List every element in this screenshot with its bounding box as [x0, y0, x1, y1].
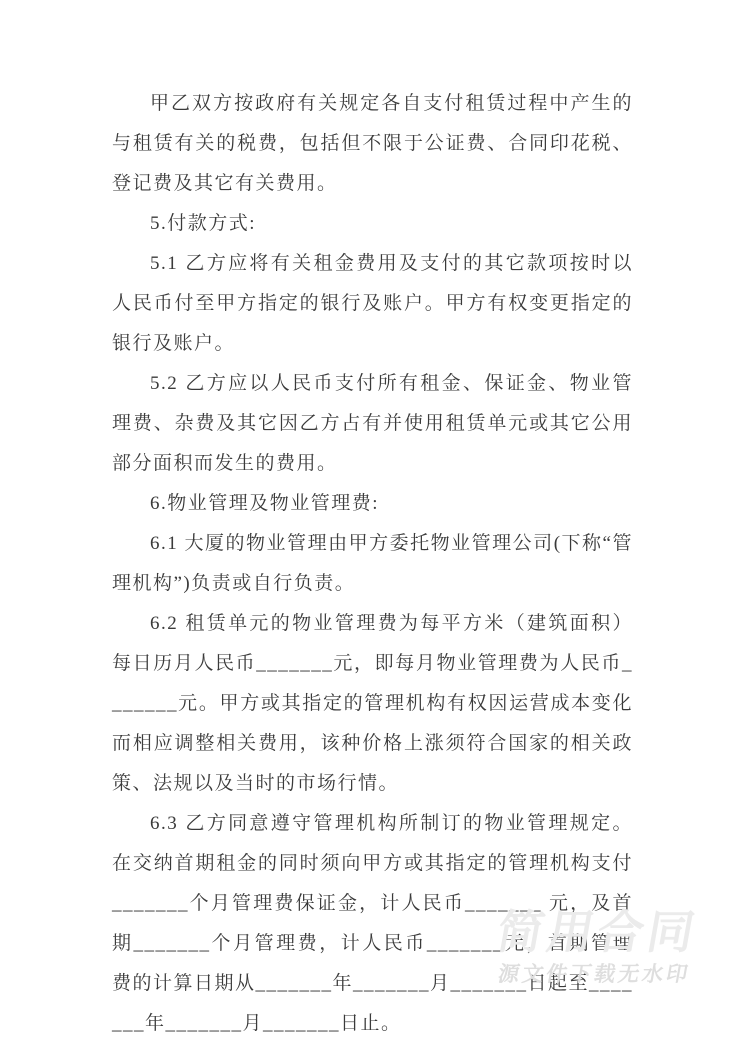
contract-paragraph-5-2: 5.2 乙方应以人民币支付所有租金、保证金、物业管理费、杂费及其它因乙方占有并使…	[112, 364, 633, 484]
contract-paragraph-6-1: 6.1 大厦的物业管理由甲方委托物业管理公司(下称“管理机构”)负责或自行负责。	[112, 524, 633, 604]
contract-body: 甲乙双方按政府有关规定各自支付租赁过程中产生的与租赁有关的税费，包括但不限于公证…	[112, 84, 633, 1044]
contract-page: 甲乙双方按政府有关规定各自支付租赁过程中产生的与租赁有关的税费，包括但不限于公证…	[0, 0, 742, 1049]
watermark-tagline: 源文件下载无水印	[488, 960, 693, 990]
contract-heading-payment: 5.付款方式:	[112, 204, 633, 244]
watermark: 简用合同 源文件下载无水印	[488, 906, 703, 990]
watermark-brand: 简用合同	[493, 906, 702, 958]
contract-paragraph-taxes: 甲乙双方按政府有关规定各自支付租赁过程中产生的与租赁有关的税费，包括但不限于公证…	[112, 84, 633, 204]
contract-paragraph-5-1: 5.1 乙方应将有关租金费用及支付的其它款项按时以人民币付至甲方指定的银行及账户…	[112, 244, 633, 364]
contract-paragraph-6-2: 6.2 租赁单元的物业管理费为每平方米（建筑面积）每日历月人民币_______元…	[112, 604, 633, 804]
contract-heading-property: 6.物业管理及物业管理费:	[112, 484, 633, 524]
